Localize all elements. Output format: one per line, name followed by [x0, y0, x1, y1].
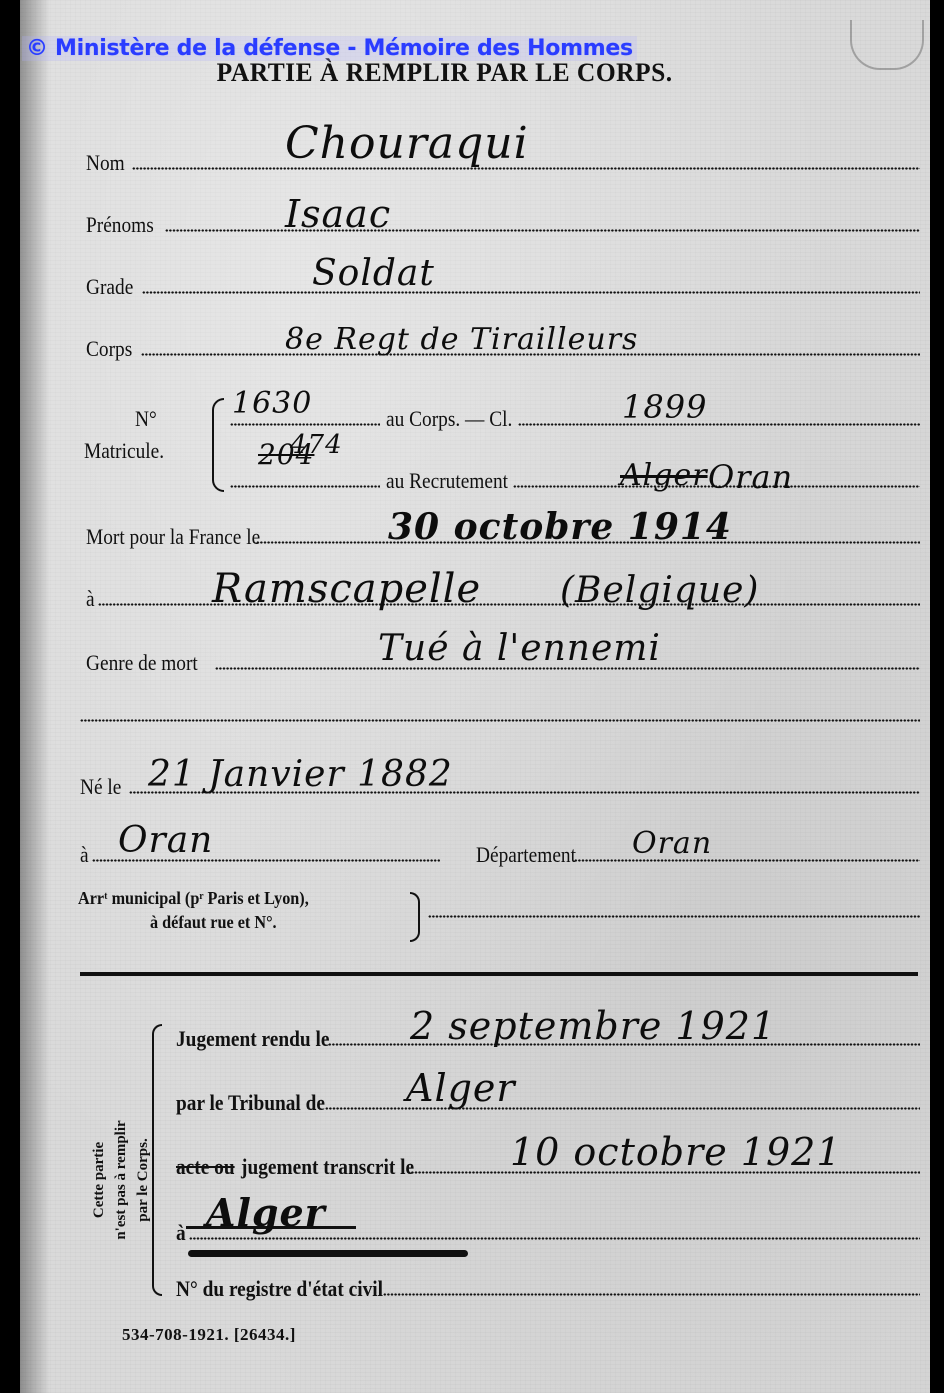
value-matricule-corps: 1630 — [232, 386, 312, 421]
label-acte-struck: acte ou — [176, 1156, 235, 1178]
label-prenoms: Prénoms — [86, 214, 154, 236]
side-note-line-2: n'est pas à remplir — [110, 1120, 132, 1239]
matricule-brace — [212, 398, 224, 492]
label-registre: N° du registre d'état civil — [176, 1278, 383, 1300]
label-au-recrutement: au Recrutement — [386, 470, 508, 492]
value-grade: Soldat — [312, 253, 435, 294]
value-transcrit: 10 octobre 1921 — [510, 1130, 842, 1174]
field-prenoms: Prénoms — [86, 202, 920, 236]
dotted-line — [142, 291, 920, 294]
field-grade: Grade — [86, 264, 920, 298]
label-mort-a: à — [86, 588, 95, 610]
value-ne-a: Oran — [118, 820, 213, 861]
label-nom: Nom — [86, 152, 125, 174]
dotted-line — [189, 1237, 920, 1240]
label-transcrit-a: à — [176, 1222, 186, 1244]
scan-shadow — [20, 0, 50, 1393]
label-departement: Département — [476, 844, 576, 866]
side-note-line-1: Cette partie — [88, 1120, 110, 1239]
label-genre-mort: Genre de mort — [86, 652, 198, 674]
copyright-watermark: © Ministère de la défense - Mémoire des … — [22, 36, 637, 61]
value-recrutement: Oran — [708, 458, 793, 496]
blank-line — [80, 692, 920, 726]
dotted-line — [574, 859, 920, 862]
label-numero: N° — [135, 408, 157, 430]
field-matricule-recrutement: au Recrutement — [228, 458, 920, 492]
label-corps: Corps — [86, 338, 132, 360]
arrondissement-brace — [410, 892, 420, 942]
value-recrutement-struck: Alger — [620, 458, 708, 493]
dotted-line — [428, 915, 920, 918]
field-matricule-corps: au Corps. — Cl. — [228, 396, 920, 430]
dotted-line — [230, 423, 380, 426]
form-title: PARTIE À REMPLIR PAR LE CORPS. — [217, 58, 673, 88]
side-note-line-3: par le Corps. — [132, 1120, 154, 1239]
value-tribunal: Alger — [406, 1066, 516, 1110]
value-recrutement-number: 474 — [290, 430, 343, 460]
label-jugement-rendu: Jugement rendu le — [176, 1028, 329, 1050]
dotted-line — [383, 1293, 920, 1296]
label-arrondissement-1: Arrᵗ municipal (pʳ Paris et Lyon), — [78, 888, 309, 909]
section-separator — [80, 972, 918, 976]
value-mort-pays: (Belgique) — [560, 570, 759, 611]
label-mort-le: Mort pour la France le — [86, 526, 260, 548]
field-arrondissement — [426, 888, 920, 922]
faint-stamp-outline — [850, 20, 924, 70]
dotted-line — [165, 229, 920, 232]
value-jugement-rendu: 2 septembre 1921 — [410, 1004, 776, 1048]
value-mort-le: 30 octobre 1914 — [388, 506, 732, 548]
label-ne-le: Né le — [80, 776, 121, 798]
value-corps: 8e Regt de Tirailleurs — [285, 322, 638, 357]
value-genre-mort: Tué à l'ennemi — [378, 628, 661, 669]
value-departement: Oran — [632, 826, 712, 861]
ink-stroke — [188, 1250, 468, 1257]
value-nom: Chouraqui — [285, 118, 529, 169]
label-arrondissement-2: à défaut rue et N°. — [150, 912, 277, 933]
label-au-corps: au Corps. — Cl. — [386, 408, 512, 430]
value-ne-le: 21 Janvier 1882 — [148, 754, 453, 795]
form-reference-number: 534-708-1921. [26434.] — [122, 1325, 296, 1345]
field-registre: N° du registre d'état civil — [176, 1266, 920, 1300]
value-transcrit-a: Alger — [206, 1190, 326, 1235]
label-transcrit: jugement transcrit le — [241, 1156, 414, 1178]
label-ne-a: à — [80, 844, 89, 866]
value-prenoms: Isaac — [285, 192, 391, 236]
dotted-line — [230, 485, 380, 488]
label-tribunal: par le Tribunal de — [176, 1092, 325, 1114]
dotted-line — [518, 423, 920, 426]
jugement-brace — [152, 1024, 162, 1296]
label-grade: Grade — [86, 276, 133, 298]
label-matricule: Matricule. — [84, 440, 164, 462]
dotted-line — [80, 719, 920, 722]
value-mort-a: Ramscapelle — [212, 566, 481, 612]
field-tribunal: par le Tribunal de — [176, 1080, 920, 1114]
value-classe: 1899 — [622, 388, 707, 426]
